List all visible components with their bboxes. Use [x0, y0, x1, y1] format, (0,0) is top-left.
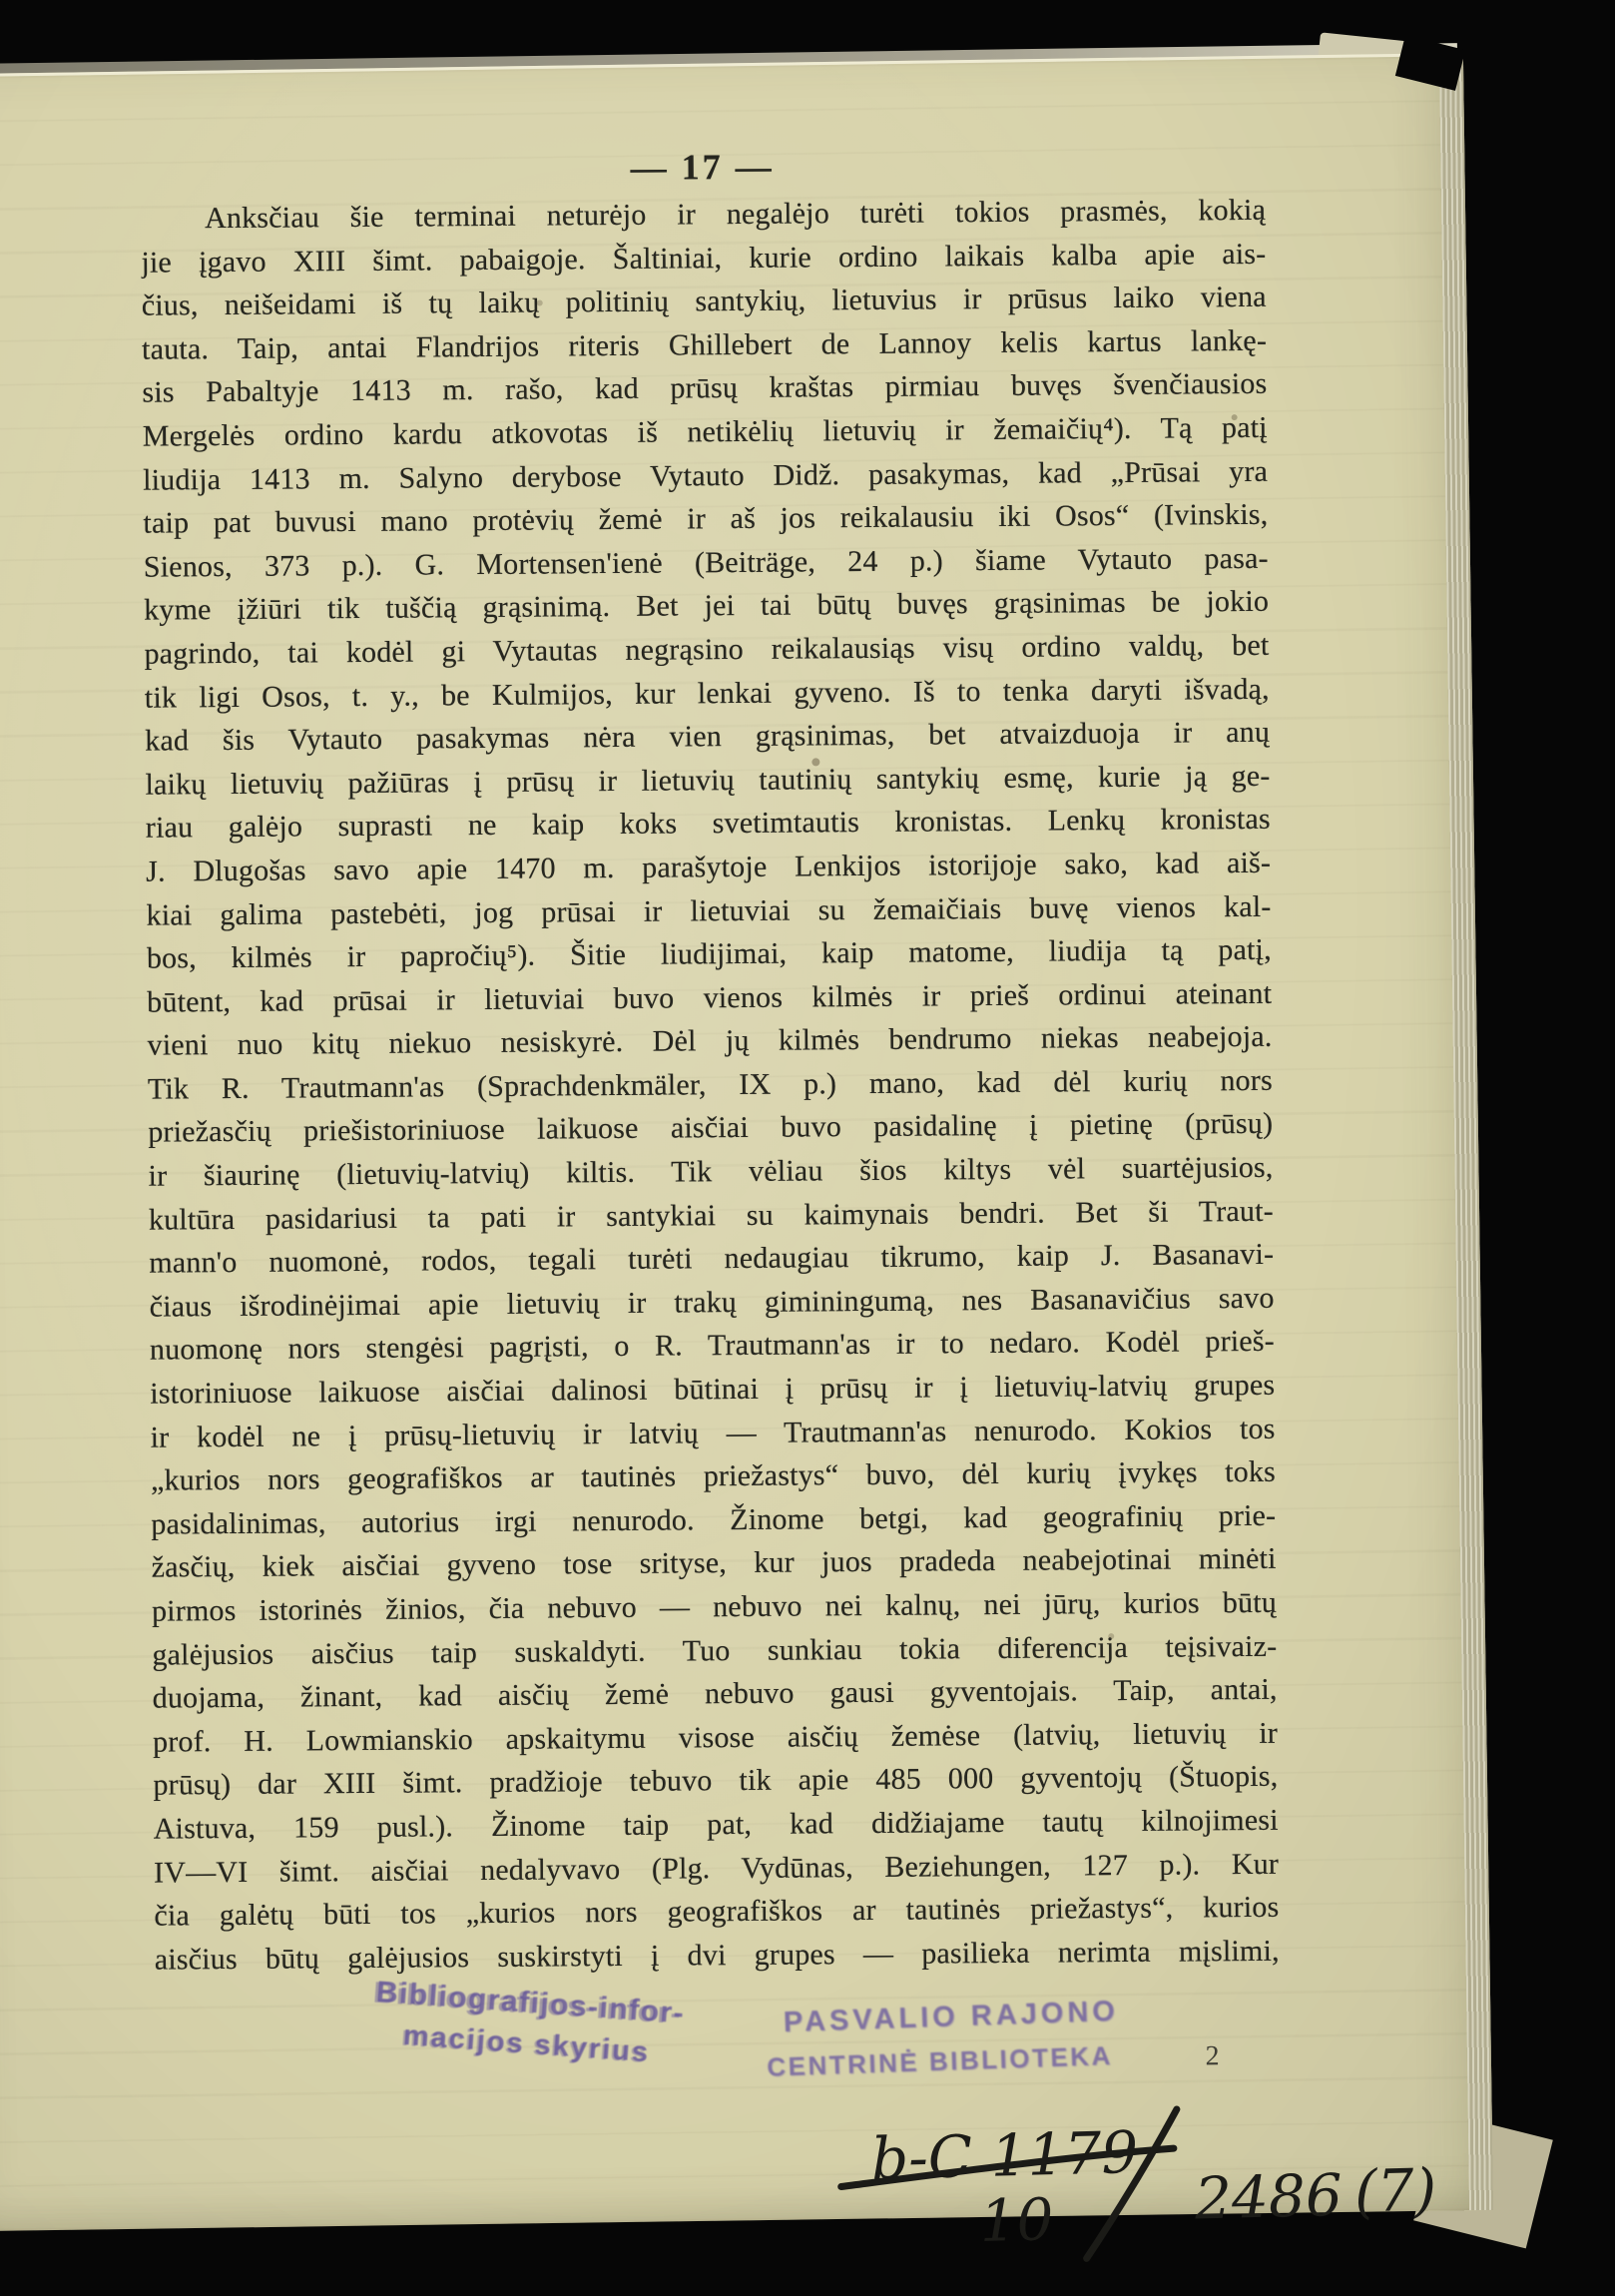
handwritten-inventory-number: b-C 1179 10 2486 (7): [705, 2044, 1469, 2296]
page-number: — 17 —: [0, 141, 1412, 194]
stamp-bibliography-department: Bibliografijos-infor- macijos skyrius: [372, 1976, 686, 2072]
stamp-line-1: PASVALIO RAJONO: [783, 1996, 1119, 2039]
body-text: Anksčiau šie terminai neturėjo ir negalė…: [141, 189, 1280, 1982]
handwriting-denominator: 2486: [1193, 2161, 1343, 2233]
text-line: aisčius būtų galėjusios suskirstyti į dv…: [155, 1930, 1280, 1982]
handwriting-numerator: 10: [979, 2185, 1055, 2255]
page-content: — 17 — Anksčiau šie terminai neturėjo ir…: [0, 0, 1615, 2296]
handwriting-suffix: (7): [1353, 2155, 1437, 2225]
